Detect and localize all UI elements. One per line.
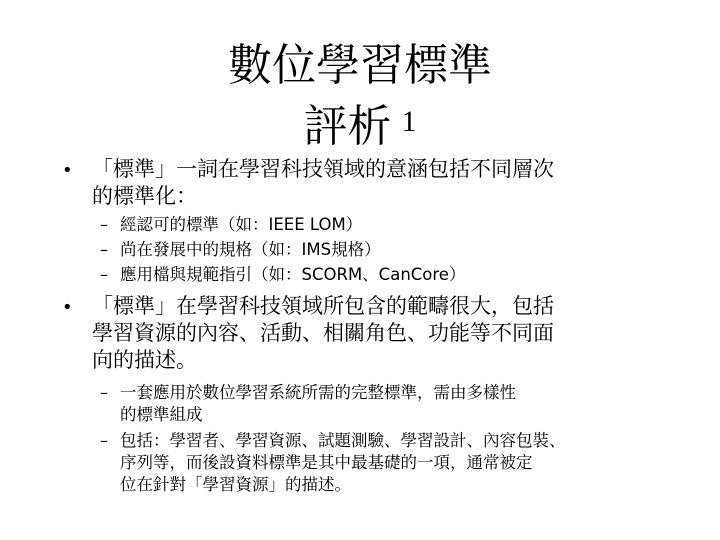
sub-2-1-line-2: 的標準組成 (120, 404, 203, 426)
sub-1-2: 尚在發展中的規格（如：IMS規格） (120, 239, 381, 261)
title-number: 1 (402, 105, 417, 138)
sub-1-3: 應用檔與規範指引（如：SCORM、CanCore） (120, 264, 465, 286)
sub-2-1-line-1: 一套應用於數位學習系統所需的完整標準，需由多樣性 (120, 382, 516, 404)
sub-2-2-line-1: 包括：學習者、學習資源、試題測驗、學習設計、內容包裝、 (120, 430, 566, 452)
dash-icon: – (100, 240, 108, 259)
dash-icon: – (100, 265, 108, 284)
slide-title-line2: 評析1 (0, 96, 720, 153)
dash-icon: – (100, 383, 108, 402)
slide-title-line1: 數位學習標準 (0, 40, 720, 92)
title-text: 評析 (304, 101, 392, 152)
sub-2-2-line-3: 位在針對「學習資源」的描述。 (120, 474, 351, 496)
bullet-icon: • (62, 160, 73, 181)
sub-2-2-line-2: 序列等，而後設資料標準是其中最基礎的一項，通常被定 (120, 452, 533, 474)
bullet-2-line-1: 「標準」在學習科技領域所包含的範疇很大，包括 (92, 293, 652, 320)
bullet-2-line-3: 向的描述。 (92, 347, 652, 374)
bullet-2-line-2: 學習資源的內容、活動、相關角色、功能等不同面 (92, 320, 652, 347)
bullet-icon: • (62, 297, 73, 318)
bullet-1-line-2: 的標準化： (92, 183, 652, 210)
dash-icon: – (100, 215, 108, 234)
bullet-1-line-1: 「標準」一詞在學習科技領域的意涵包括不同層次 (92, 156, 652, 183)
sub-1-1: 經認可的標準（如：IEEE LOM） (120, 214, 362, 236)
dash-icon: – (100, 431, 108, 450)
